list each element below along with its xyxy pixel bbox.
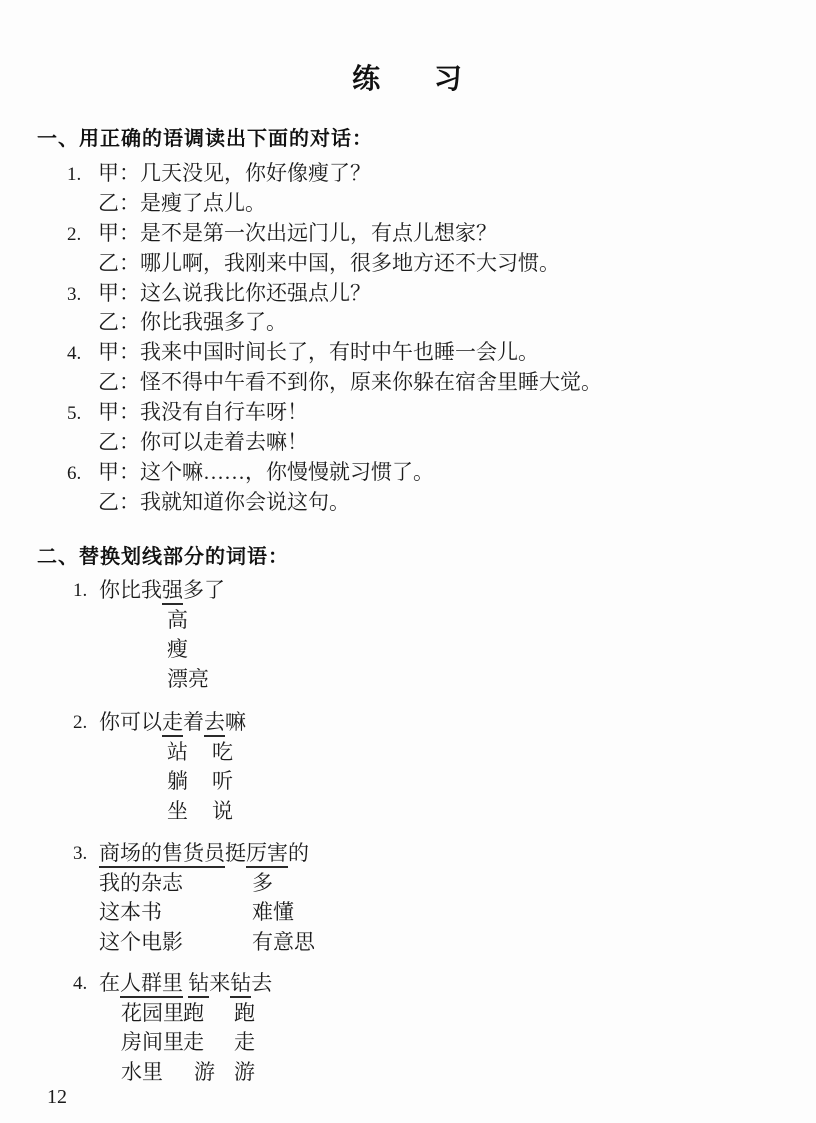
dialogue-text: 几天没见，你好像瘦了？ xyxy=(140,161,371,185)
dialogue-item-number: 2. xyxy=(67,220,98,250)
underlined-segment: 钻 xyxy=(188,971,209,998)
sentence-segment: 着 xyxy=(183,710,204,734)
dialogue-line: 6.甲：这个嘛……，你慢慢就习惯了。 xyxy=(0,458,816,488)
dialogue-text: 我来中国时间长了，有时中午也睡一会儿。 xyxy=(140,340,539,364)
dialogue-line: 乙：你可以走着去嘛！ xyxy=(0,428,816,458)
dialogue-line: 2.甲：是不是第一次出远门儿，有点儿想家？ xyxy=(0,219,816,249)
dialogue-text: 这个嘛……，你慢慢就习惯了。 xyxy=(140,460,434,484)
substitution-word: 游 xyxy=(234,1058,255,1088)
substitution-row: 漂亮 xyxy=(0,665,816,695)
sentence-segment: 你比我 xyxy=(99,578,162,602)
substitution-word: 坐 xyxy=(167,797,188,827)
dialogue-text: 我没有自行车呀！ xyxy=(140,400,308,424)
substitution-word: 花园里 xyxy=(121,999,184,1029)
substitution-item-number: 4. xyxy=(73,969,87,999)
underlined-segment: 钻 xyxy=(230,971,251,998)
dialogue-item-number: 4. xyxy=(67,339,98,369)
substitution-row: 站吃 xyxy=(0,738,816,768)
dialogue-line: 4.甲：我来中国时间长了，有时中午也睡一会儿。 xyxy=(0,338,816,368)
substitution-row: 坐说 xyxy=(0,797,816,827)
dialogue-line: 乙：是瘦了点儿。 xyxy=(0,189,816,219)
sentence-segment: 在 xyxy=(99,971,120,995)
substitution-word: 瘦 xyxy=(167,635,188,665)
dialogue-text: 你可以走着去嘛！ xyxy=(140,430,308,454)
substitution-row: 我的杂志多 xyxy=(0,869,816,899)
sentence-segment: 来 xyxy=(209,971,230,995)
sentence-segment: 的 xyxy=(288,841,309,865)
substitution-word: 说 xyxy=(212,797,233,827)
speaker-label: 乙： xyxy=(98,308,140,338)
substitution-item: 3.商场的售货员挺厉害的我的杂志多这本书难懂这个电影有意思 xyxy=(0,839,816,957)
substitution-word: 走 xyxy=(183,1028,204,1058)
substitution-item-number: 2. xyxy=(73,708,87,738)
substitution-sentence-line: 3.商场的售货员挺厉害的 xyxy=(0,839,816,869)
substitution-row: 房间里走走 xyxy=(0,1028,816,1058)
substitution-sentence: 你比我强多了 xyxy=(99,576,225,606)
substitution-row: 这本书难懂 xyxy=(0,898,816,928)
dialogue-item-number: 6. xyxy=(67,459,98,489)
underlined-segment: 厉害 xyxy=(246,841,288,868)
speaker-label: 甲： xyxy=(98,279,140,309)
speaker-label: 乙： xyxy=(98,488,140,518)
scanned-textbook-page: 练 习 一、用正确的语调读出下面的对话： 1.甲：几天没见，你好像瘦了？乙：是瘦… xyxy=(0,0,816,1123)
substitution-item: 2.你可以走着去嘛站吃躺听坐说 xyxy=(0,708,816,826)
dialogue-line: 乙：怪不得中午看不到你，原来你躲在宿舍里睡大觉。 xyxy=(0,368,816,398)
speaker-label: 甲： xyxy=(98,398,140,428)
dialogue-text: 这么说我比你还强点儿？ xyxy=(140,281,371,305)
substitution-word: 站 xyxy=(167,738,188,768)
substitution-item-number: 1. xyxy=(73,576,87,606)
speaker-label: 乙： xyxy=(98,428,140,458)
underlined-segment: 去 xyxy=(204,710,225,737)
speaker-label: 乙： xyxy=(98,249,140,279)
substitution-word: 有意思 xyxy=(252,928,315,958)
substitution-row: 水里游游 xyxy=(0,1058,816,1088)
substitution-sentence: 商场的售货员挺厉害的 xyxy=(99,839,309,869)
page-title: 练 习 xyxy=(0,57,816,97)
substitution-word: 吃 xyxy=(212,738,233,768)
substitution-sentence-line: 2.你可以走着去嘛 xyxy=(0,708,816,738)
substitution-word: 走 xyxy=(234,1028,255,1058)
dialogue-line: 1.甲：几天没见，你好像瘦了？ xyxy=(0,159,816,189)
substitution-row: 这个电影有意思 xyxy=(0,928,816,958)
sentence-segment: 挺 xyxy=(225,841,246,865)
substitution-word: 躺 xyxy=(167,767,188,797)
substitution-word: 水里 xyxy=(121,1058,163,1088)
substitution-word: 多 xyxy=(252,869,273,899)
sentence-segment: 去 xyxy=(251,971,272,995)
sentence-segment: 多了 xyxy=(183,578,225,602)
section-1-heading: 一、用正确的语调读出下面的对话： xyxy=(37,127,373,151)
substitution-sentence: 你可以走着去嘛 xyxy=(99,708,246,738)
substitution-row: 瘦 xyxy=(0,635,816,665)
page-number: 12 xyxy=(47,1086,67,1109)
speaker-label: 甲： xyxy=(98,219,140,249)
dialogue-text: 我就知道你会说这句。 xyxy=(140,490,350,514)
dialogue-text: 是不是第一次出远门儿，有点儿想家？ xyxy=(140,221,497,245)
dialogue-item-number: 1. xyxy=(67,160,98,190)
substitution-word: 跑 xyxy=(183,999,204,1029)
substitution-word: 难懂 xyxy=(252,898,294,928)
dialogue-item-number: 3. xyxy=(67,280,98,310)
substitution-word: 这本书 xyxy=(99,898,162,928)
underlined-segment: 人群里 xyxy=(120,971,183,998)
substitution-sentence-line: 1.你比我强多了 xyxy=(0,576,816,606)
dialogue-text: 怪不得中午看不到你，原来你躲在宿舍里睡大觉。 xyxy=(140,370,602,394)
dialogue-line: 乙：你比我强多了。 xyxy=(0,308,816,338)
substitution-word: 我的杂志 xyxy=(99,869,183,899)
speaker-label: 甲： xyxy=(98,458,140,488)
speaker-label: 乙： xyxy=(98,368,140,398)
sentence-segment: 嘛 xyxy=(225,710,246,734)
substitution-sentence: 在人群里 钻来钻去 xyxy=(99,969,272,999)
speaker-label: 甲： xyxy=(98,159,140,189)
substitution-row: 躺听 xyxy=(0,767,816,797)
sentence-segment: 你可以 xyxy=(99,710,162,734)
dialogue-line: 乙：哪儿啊，我刚来中国，很多地方还不大习惯。 xyxy=(0,249,816,279)
speaker-label: 甲： xyxy=(98,338,140,368)
substitution-item-number: 3. xyxy=(73,839,87,869)
substitution-item: 4.在人群里 钻来钻去花园里跑跑房间里走走水里游游 xyxy=(0,969,816,1087)
underlined-segment: 走 xyxy=(162,710,183,737)
dialogue-line: 3.甲：这么说我比你还强点儿？ xyxy=(0,279,816,309)
dialogue-line: 乙：我就知道你会说这句。 xyxy=(0,488,816,518)
dialogue-text: 是瘦了点儿。 xyxy=(140,191,266,215)
substitution-row: 花园里跑跑 xyxy=(0,999,816,1029)
dialogue-line: 5.甲：我没有自行车呀！ xyxy=(0,398,816,428)
underlined-segment: 商场的售货员 xyxy=(99,841,225,868)
section-2-heading: 二、替换划线部分的词语： xyxy=(37,545,289,569)
substitution-word: 听 xyxy=(212,767,233,797)
underlined-segment: 强 xyxy=(162,578,183,605)
substitution-word: 游 xyxy=(194,1058,215,1088)
substitution-row: 高 xyxy=(0,606,816,636)
dialogue-text: 哪儿啊，我刚来中国，很多地方还不大习惯。 xyxy=(140,251,560,275)
dialogue-list: 1.甲：几天没见，你好像瘦了？乙：是瘦了点儿。2.甲：是不是第一次出远门儿，有点… xyxy=(0,159,816,518)
substitution-word: 跑 xyxy=(234,999,255,1029)
speaker-label: 乙： xyxy=(98,189,140,219)
substitution-word: 这个电影 xyxy=(99,928,183,958)
dialogue-text: 你比我强多了。 xyxy=(140,310,287,334)
substitution-word: 高 xyxy=(167,606,188,636)
substitution-item: 1.你比我强多了高瘦漂亮 xyxy=(0,576,816,694)
substitution-word: 房间里 xyxy=(121,1028,184,1058)
substitution-word: 漂亮 xyxy=(167,665,209,695)
substitution-sentence-line: 4.在人群里 钻来钻去 xyxy=(0,969,816,999)
dialogue-item-number: 5. xyxy=(67,399,98,429)
